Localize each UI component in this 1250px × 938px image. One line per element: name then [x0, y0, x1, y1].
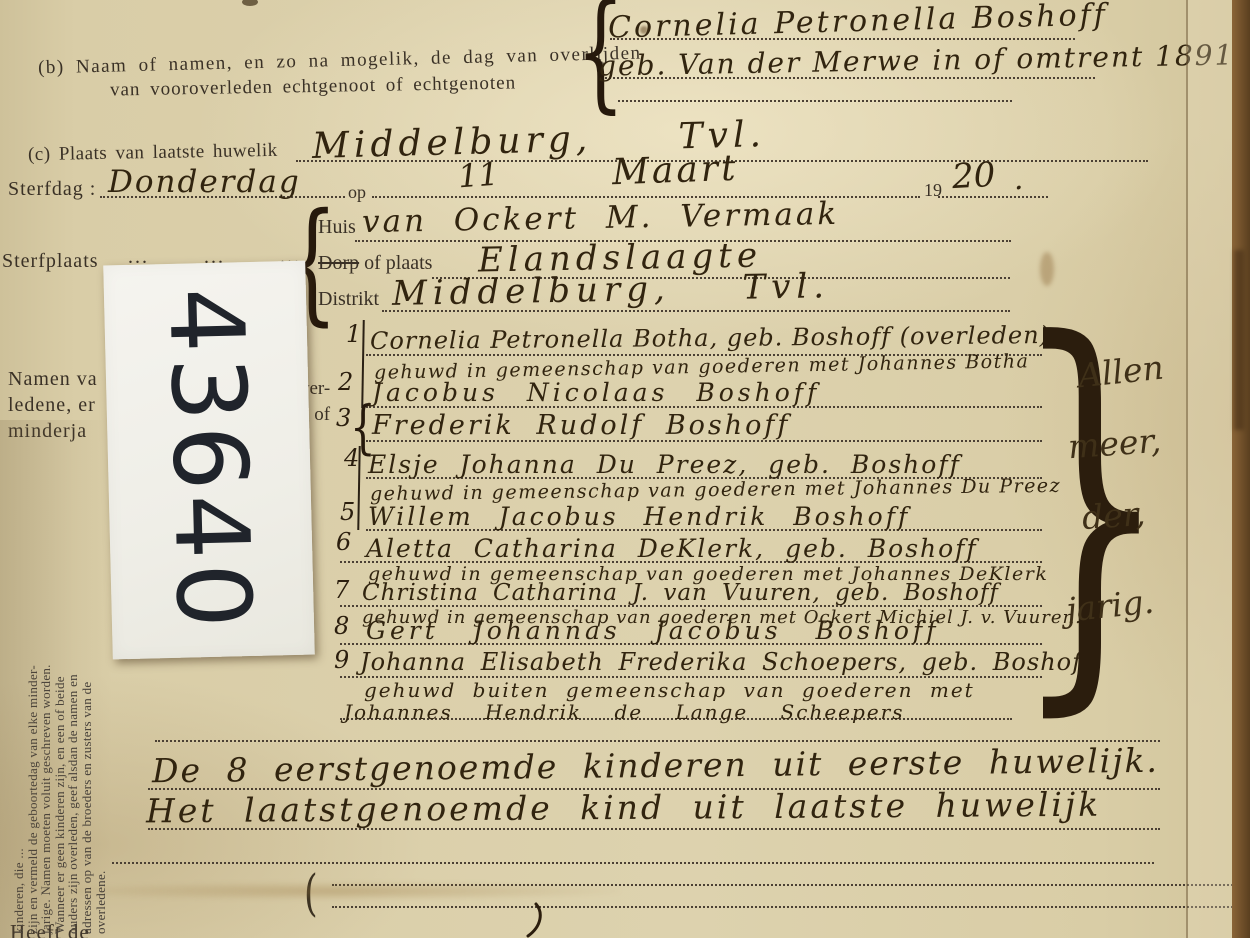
child-number: 8 — [334, 612, 349, 640]
child-name: Johanna Elisabeth Frederika Schoepers, g… — [360, 648, 1092, 676]
sterfplaats-huis-value: van Ockert M. Vermaak — [362, 196, 840, 240]
sterfdag-month: Maart — [611, 148, 739, 193]
child-number: 6 — [336, 528, 351, 556]
sterfplaats-dorp-label: Dorp of plaats — [318, 252, 432, 275]
page-fold-line — [1186, 0, 1188, 938]
child-number: 7 — [334, 576, 349, 604]
child-note2: Johannes Hendrik de Lange Scheepers — [344, 700, 904, 724]
sterfplaats-label: Sterfplaats — [2, 250, 99, 273]
child-number: 1 — [346, 320, 361, 348]
archive-number-slip: 43640 — [103, 261, 315, 660]
summary-note: De 8 eerstgenoemde kinderen uit eerste h… — [152, 741, 1159, 791]
paper-stain — [1040, 252, 1054, 286]
dotted-line — [332, 906, 1244, 908]
children-label-fragment: ledene, er — [8, 394, 96, 417]
child-number: 9 — [334, 646, 349, 674]
page-edge-strip — [1232, 0, 1250, 938]
field-b-label-line2: van vooroverleden echtgenoot of echtgeno… — [110, 72, 516, 101]
margin-annotation-word: der, — [1081, 494, 1147, 537]
child-number: 2 — [338, 368, 353, 396]
sterfdag-year-written: 20 — [951, 155, 996, 197]
sterfplaats-distrikt-value: Middelburg, Tvl. — [392, 266, 831, 314]
sterfplaats-distrikt-label: Distrikt — [318, 288, 379, 311]
sterfdag-day-number: 11 — [457, 155, 500, 196]
bottom-pen-flourish — [512, 902, 552, 938]
child-name: Jacobus Nicolaas Boshoff — [372, 378, 820, 407]
sterfplaats-dorp-label-rest: of plaats — [364, 252, 432, 274]
child-note: gehuwd buiten gemeenschap van goederen m… — [364, 678, 975, 702]
sterfdag-period: . — [1014, 162, 1024, 197]
dotted-line — [112, 862, 1154, 864]
child-name: Frederik Rudolf Boshoff — [372, 410, 790, 441]
child-name: Christina Catharina J. van Vuuren, geb. … — [362, 580, 999, 606]
child-number: 4 — [344, 444, 359, 472]
death-notice-scan: (b) Naam of namen, en zo na mogelik, de … — [0, 0, 1250, 938]
children-label-fragment: Namen va — [8, 368, 98, 391]
page-fold-band — [1188, 0, 1232, 938]
paper-stain — [640, 26, 648, 34]
paper-stain — [60, 882, 620, 900]
dotted-line — [618, 100, 1012, 102]
child-name: Aletta Catharina DeKlerk, geb. Boshoff — [366, 534, 978, 563]
summary-note: Het laatstgenoemde kind uit laatste huwe… — [146, 785, 1101, 831]
child-note: gehuwd in gemeenschap van goederen met J… — [370, 475, 1061, 505]
child-number: 5 — [340, 498, 355, 526]
archive-slip-number: 43640 — [145, 286, 272, 633]
paper-stain — [242, 0, 258, 6]
sterfplaats-dorp-label-struck: Dorp — [318, 252, 359, 274]
child-name: Elsje Johanna Du Preez, geb. Boshoff — [368, 450, 961, 479]
child-number: 3 — [336, 404, 351, 432]
sterfdag-op-label: op — [348, 182, 366, 203]
sterfdag-year-printed: 19 — [924, 180, 942, 201]
sterfdag-day: Donderdag — [108, 164, 301, 200]
child-name: Gert Johannas Jacobus Boshoff — [366, 616, 939, 645]
margin-annotation-word: meer, — [1067, 421, 1162, 466]
sterfplaats-huis-label: Huis — [318, 216, 356, 239]
field-b-value-line2: geb. Van der Merwe in of omtrent 1891 — [598, 38, 1235, 82]
sterfdag-label: Sterfdag : — [8, 178, 96, 201]
child-name: Cornelia Petronella Botha, geb. Boshoff … — [370, 321, 1050, 355]
field-b-label-line1: (b) Naam of namen, en zo na mogelik, de … — [38, 43, 642, 80]
left-page-shading — [0, 420, 112, 938]
field-c-label: (c) Plaats van laatste huwelik — [28, 140, 278, 166]
page-edge-smudge — [1234, 250, 1244, 430]
child-name: Willem Jacobus Hendrik Boshoff — [368, 502, 910, 531]
